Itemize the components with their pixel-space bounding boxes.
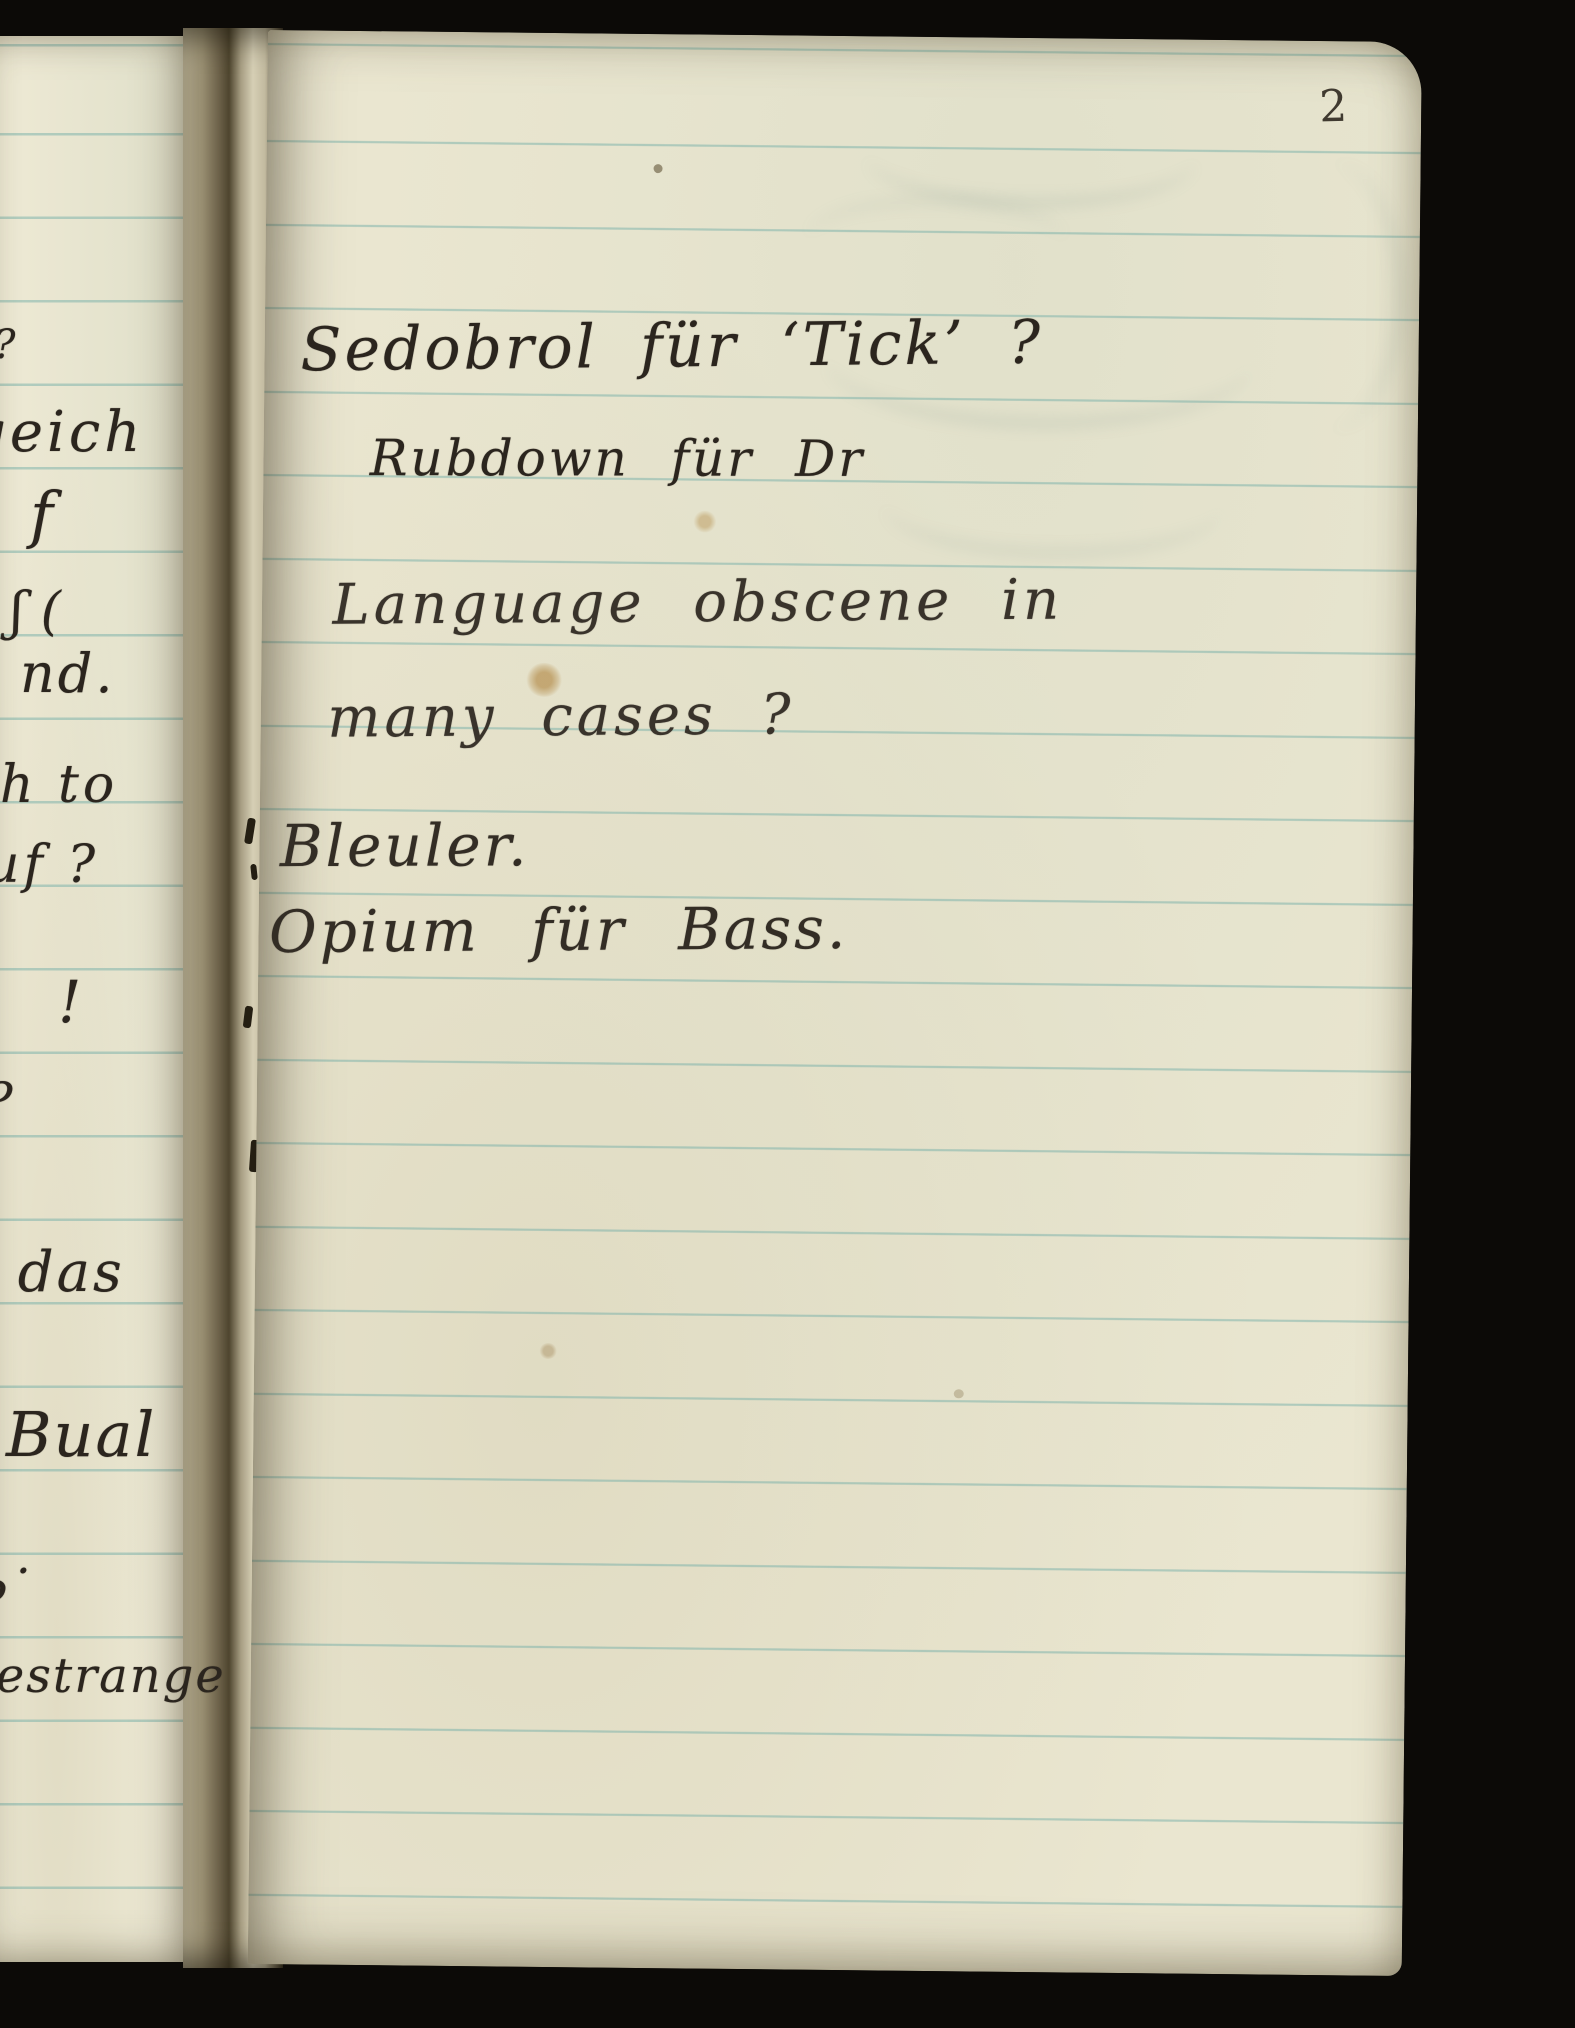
left-page-text-fragment: Lestrange <box>0 1648 226 1704</box>
ink-bleedthrough-mark <box>883 451 1224 559</box>
left-page-text-fragment: ? <box>0 322 15 368</box>
ink-bleedthrough-mark <box>866 106 1197 208</box>
paper-stain <box>654 164 663 173</box>
left-page-text-fragment: h to <box>0 755 118 815</box>
handwritten-line: Sedobrol für ‘Tick’ ? <box>300 308 1043 386</box>
left-page-text-fragment: f <box>30 478 53 551</box>
right-page: 2 Sedobrol für ‘Tick’ ? Rubdown für Dr L… <box>248 30 1422 1976</box>
paper-stain <box>539 1343 557 1359</box>
notebook-photo: ? geich f ʃ ( nd. h to uf ? ! ? – das Bu… <box>0 0 1575 2028</box>
page-number: 2 <box>1319 81 1348 133</box>
left-page-text-fragment: . <box>16 1530 31 1584</box>
handwritten-line: Bleuler. <box>280 811 530 880</box>
left-page-text-fragment: geich <box>0 400 144 465</box>
left-page-text-fragment: nd. <box>20 642 116 705</box>
handwritten-line: Rubdown für Dr <box>370 429 865 488</box>
handwritten-line: Opium für Bass. <box>269 894 849 966</box>
handwritten-line: many cases ? <box>327 682 795 750</box>
ink-bleedthrough-mark <box>805 196 1066 287</box>
handwritten-line: Language obscene in <box>332 568 1063 638</box>
left-page-text-fragment: – das <box>0 1240 125 1305</box>
left-page-text-fragment: Bual <box>6 1398 156 1471</box>
left-page-text-fragment: ? <box>0 1572 6 1632</box>
left-page-text-fragment: ʃ ( <box>10 582 61 642</box>
left-page-text-fragment: uf ? <box>0 835 99 895</box>
ink-bleedthrough-mark <box>1244 160 1407 432</box>
paper-stain <box>693 510 717 532</box>
left-page-text-fragment: ! <box>58 968 81 1036</box>
paper-stain <box>954 1389 964 1398</box>
left-page-text-fragment: ? <box>0 1072 13 1130</box>
